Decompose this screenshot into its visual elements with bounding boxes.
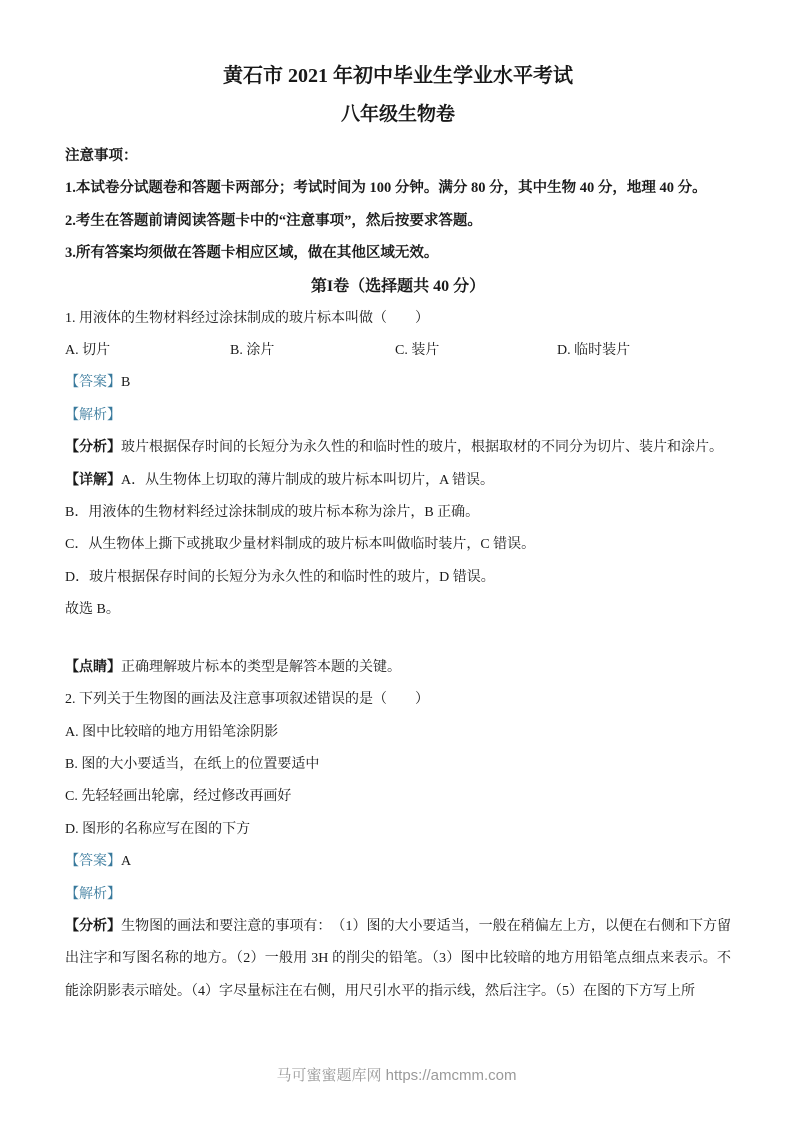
paragraph-gap: [65, 627, 731, 652]
question-1-detail-c-line: C．从生物体上撕下或挑取少量材料制成的玻片标本叫做临时装片，C 错误。: [65, 529, 731, 561]
site-watermark-footer: 马可蜜蜜题库网 https://amcmm.com: [0, 1064, 793, 1088]
answer-label: 【答案】: [65, 375, 121, 390]
question-2-stem: 2. 下列关于生物图的画法及注意事项叙述错误的是（ ）: [65, 684, 731, 716]
exam-subtitle: 八年级生物卷: [65, 100, 731, 130]
exam-title: 黄石市 2021 年初中毕业生学业水平考试: [65, 60, 731, 92]
question-1-conclusion: 故选 B。: [65, 594, 731, 626]
question-1-answer-value: B: [121, 375, 130, 390]
question-1-fenxi-text: 玻片根据保存时间的长短分为永久性的和临时性的玻片，根据取材的不同分为切片、装片和…: [121, 440, 723, 455]
question-1-dianjing-line: 【点睛】正确理解玻片标本的类型是解答本题的关键。: [65, 652, 731, 684]
question-1-option-a: A. 切片: [65, 335, 230, 367]
answer-label: 【答案】: [65, 854, 121, 869]
question-1-detail-a-line: 【详解】A．从生物体上切取的薄片制成的玻片标本叫切片，A 错误。: [65, 465, 731, 497]
fenxi-label: 【分析】: [65, 919, 121, 934]
section-1-heading: 第I卷（选择题共 40 分）: [65, 270, 731, 303]
question-2-option-c: C. 先轻轻画出轮廓，经过修改再画好: [65, 781, 731, 813]
notice-heading: 注意事项：: [65, 140, 731, 172]
notice-item-3: 3.所有答案均须做在答题卡相应区域，做在其他区域无效。: [65, 237, 731, 269]
question-1-options: A. 切片 B. 涂片 C. 装片 D. 临时装片: [65, 335, 731, 367]
question-2-fenxi-text: 生物图的画法和要注意的事项有： （1）图的大小要适当，一般在稍偏左上方，以便在右…: [65, 919, 731, 999]
question-2-option-b: B. 图的大小要适当，在纸上的位置要适中: [65, 749, 731, 781]
question-1-answer-line: 【答案】B: [65, 367, 731, 399]
question-2-answer-line: 【答案】A: [65, 846, 731, 878]
jiexi-label: 【解析】: [65, 887, 121, 902]
question-1-dianjing-text: 正确理解玻片标本的类型是解答本题的关键。: [121, 660, 401, 675]
question-1-option-d: D. 临时装片: [557, 335, 731, 367]
question-1-detail-d-line: D．玻片根据保存时间的长短分为永久性的和临时性的玻片，D 错误。: [65, 562, 731, 594]
question-2-jiexi-line: 【解析】: [65, 879, 731, 911]
exam-document-page: 黄石市 2021 年初中毕业生学业水平考试 八年级生物卷 注意事项： 1.本试卷…: [0, 0, 793, 1122]
question-2-option-a: A. 图中比较暗的地方用铅笔涂阴影: [65, 717, 731, 749]
xiangjie-label: 【详解】: [65, 473, 121, 488]
dianjing-label: 【点睛】: [65, 660, 121, 675]
question-2-answer-value: A: [121, 854, 131, 869]
question-1-stem: 1. 用液体的生物材料经过涂抹制成的玻片标本叫做（ ）: [65, 303, 731, 335]
question-1-detail-b-line: B．用液体的生物材料经过涂抹制成的玻片标本称为涂片，B 正确。: [65, 497, 731, 529]
question-1-fenxi-line: 【分析】玻片根据保存时间的长短分为永久性的和临时性的玻片，根据取材的不同分为切片…: [65, 432, 731, 464]
question-2-option-d: D. 图形的名称应写在图的下方: [65, 814, 731, 846]
notice-item-2: 2.考生在答题前请阅读答题卡中的“注意事项”，然后按要求答题。: [65, 205, 731, 237]
question-1-detail-a: A．从生物体上切取的薄片制成的玻片标本叫切片，A 错误。: [121, 473, 494, 488]
question-1-jiexi-line: 【解析】: [65, 400, 731, 432]
fenxi-label: 【分析】: [65, 440, 121, 455]
jiexi-label: 【解析】: [65, 408, 121, 423]
question-1-option-c: C. 装片: [395, 335, 557, 367]
question-2-fenxi-line: 【分析】生物图的画法和要注意的事项有： （1）图的大小要适当，一般在稍偏左上方，…: [65, 911, 731, 1008]
notice-item-1: 1.本试卷分试题卷和答题卡两部分；考试时间为 100 分钟。满分 80 分，其中…: [65, 172, 731, 204]
question-1-option-b: B. 涂片: [230, 335, 395, 367]
document-content: 黄石市 2021 年初中毕业生学业水平考试 八年级生物卷 注意事项： 1.本试卷…: [0, 0, 793, 1008]
